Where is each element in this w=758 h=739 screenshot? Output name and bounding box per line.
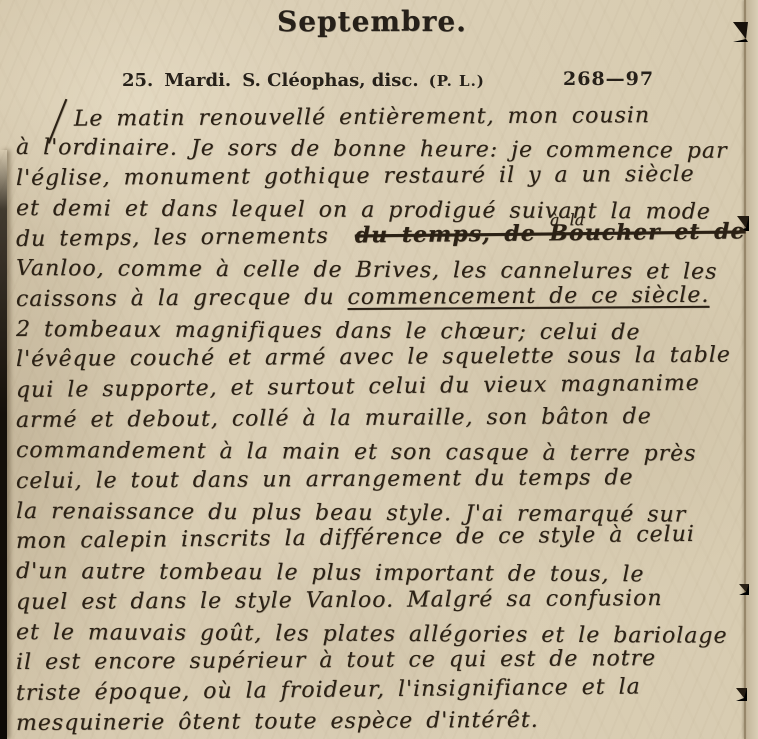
line-text: l'évêque couché et armé avec le squelett… [16, 343, 731, 372]
manuscript-line: celui, le tout dans un arrangement du te… [16, 462, 752, 497]
line-text: caissons à la grecque du [16, 285, 348, 312]
page-reference: 268—97 [563, 68, 654, 90]
diary-page: Septembre. 25. Mardi. S. Cléophas, disc.… [0, 0, 758, 739]
day-number: 25. [122, 70, 153, 91]
line-text: d'un autre tombeau le plus important de … [16, 559, 645, 587]
manuscript-line: l'église, monument gothique restauré il … [16, 159, 752, 194]
binding-gutter [0, 150, 7, 739]
manuscript-line: quel est dans le style Vanloo. Malgré sa… [16, 583, 752, 618]
line-text: celui, le tout dans un arrangement du te… [16, 465, 634, 494]
strikethrough-text: du temps, de Boucher et deà la [355, 219, 746, 249]
underlined-text: commencement de ce siècle. [347, 283, 709, 310]
manuscript-line: caissons à la grecque du commencement de… [16, 280, 752, 315]
day-name: Mardi. [164, 70, 231, 91]
manuscript-text: /Le matin renouvellé entièrement, mon co… [16, 103, 752, 739]
line-text: l'église, monument gothique restauré il … [16, 161, 695, 190]
moon-phase: (P. L.) [429, 72, 485, 90]
line-text: du temps, les ornements [16, 224, 329, 252]
calendar-line: 25. Mardi. S. Cléophas, disc. (P. L.) 26… [0, 70, 744, 91]
line-text: mesquinerie ôtent toute espèce d'intérêt… [16, 708, 539, 736]
line-text: quel est dans le style Vanloo. Malgré sa… [16, 586, 663, 615]
manuscript-line: mon calepin inscrits la différence de ce… [16, 519, 752, 557]
line-text: qui le supporte, et surtout celui du vie… [16, 371, 700, 403]
manuscript-line: du temps, les ornementsdu temps, de Bouc… [16, 216, 752, 254]
line-text: il est encore supérieur à tout ce qui es… [16, 646, 656, 675]
month-header: Septembre. [0, 5, 744, 38]
line-text: Le matin renouvellé entièrement, mon cou… [74, 103, 650, 132]
manuscript-line: armé et debout, collé à la muraille, son… [16, 401, 752, 436]
line-text: armé et debout, collé à la muraille, son… [16, 404, 652, 433]
manuscript-line: mesquinerie ôtent toute espèce d'intérêt… [16, 704, 752, 739]
line-text: triste époque, où la froideur, l'insigni… [16, 674, 641, 706]
line-text: mon calepin inscrits la différence de ce… [16, 522, 695, 554]
manuscript-line: /Le matin renouvellé entièrement, mon co… [16, 99, 752, 134]
saint-name: S. Cléophas, disc. [242, 70, 418, 91]
interline-insertion: à la [550, 205, 585, 236]
